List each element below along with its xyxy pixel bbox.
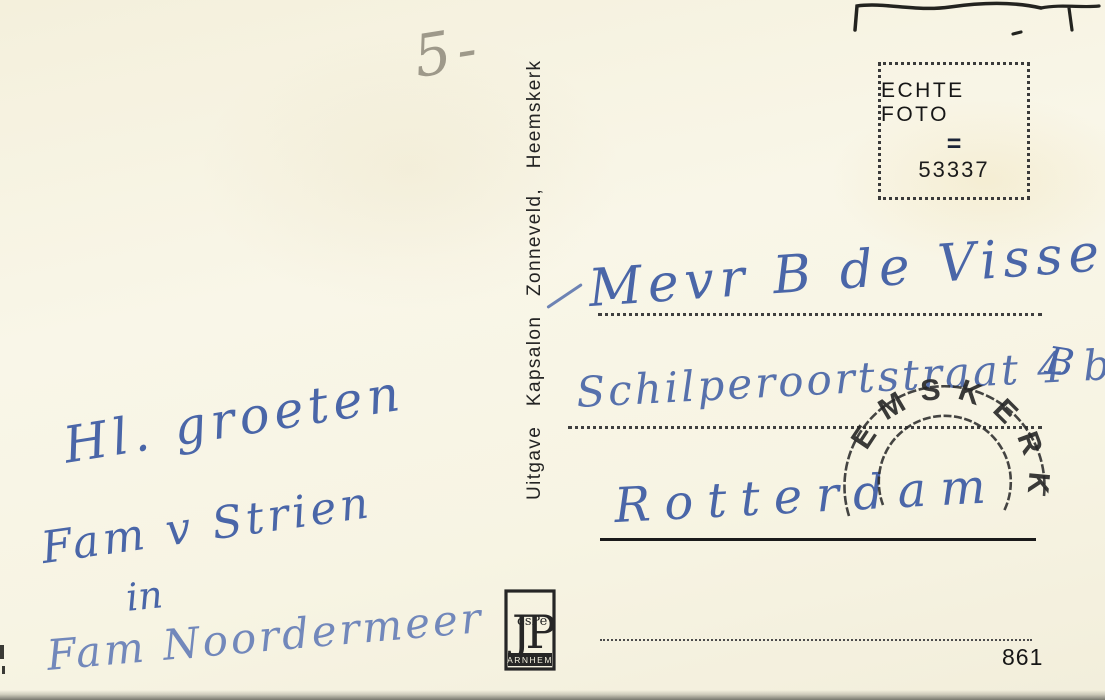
address-rule-4 (600, 639, 1032, 641)
address-rule-3 (600, 538, 1036, 541)
equals-mark: = (947, 133, 962, 156)
edge-mark (2, 666, 5, 674)
logo-small-name: osPe (517, 614, 548, 629)
postmark-text: EMSKERK (845, 372, 1056, 510)
message-line-4: Fam Noordermeer (45, 593, 486, 680)
publisher-logo: JP osPe ARNHEM (503, 588, 557, 672)
scan-shadow (0, 690, 1105, 700)
message-line-1: Hl. groeten (60, 363, 409, 474)
pencil-scribble-marks (845, 0, 1105, 42)
serial-number: 861 (1002, 644, 1043, 671)
ink-flourish (546, 283, 582, 309)
publisher-imprint: Uitgave Kapsalon Zonneveld, Heemskerk (524, 60, 546, 500)
logo-city: ARNHEM (507, 655, 553, 665)
edge-mark (0, 645, 4, 659)
address-line-name: Mevr B de Visser (587, 221, 1105, 319)
svg-text:EMSKERK: EMSKERK (845, 372, 1056, 510)
message-line-3: in (124, 572, 165, 620)
message-line-2: Fam v Strien (38, 477, 375, 574)
pencil-price-mark: 5- (409, 13, 487, 91)
postcard-back: 5- ECHTE FOTO = 53337 Uitgave Kapsalon Z… (0, 0, 1105, 700)
echte-foto-box: ECHTE FOTO = 53337 (878, 62, 1030, 200)
postmark-stamp-icon: EMSKERK (818, 352, 1068, 502)
echte-foto-label: ECHTE FOTO (881, 79, 1027, 127)
photo-number: 53337 (918, 157, 989, 183)
